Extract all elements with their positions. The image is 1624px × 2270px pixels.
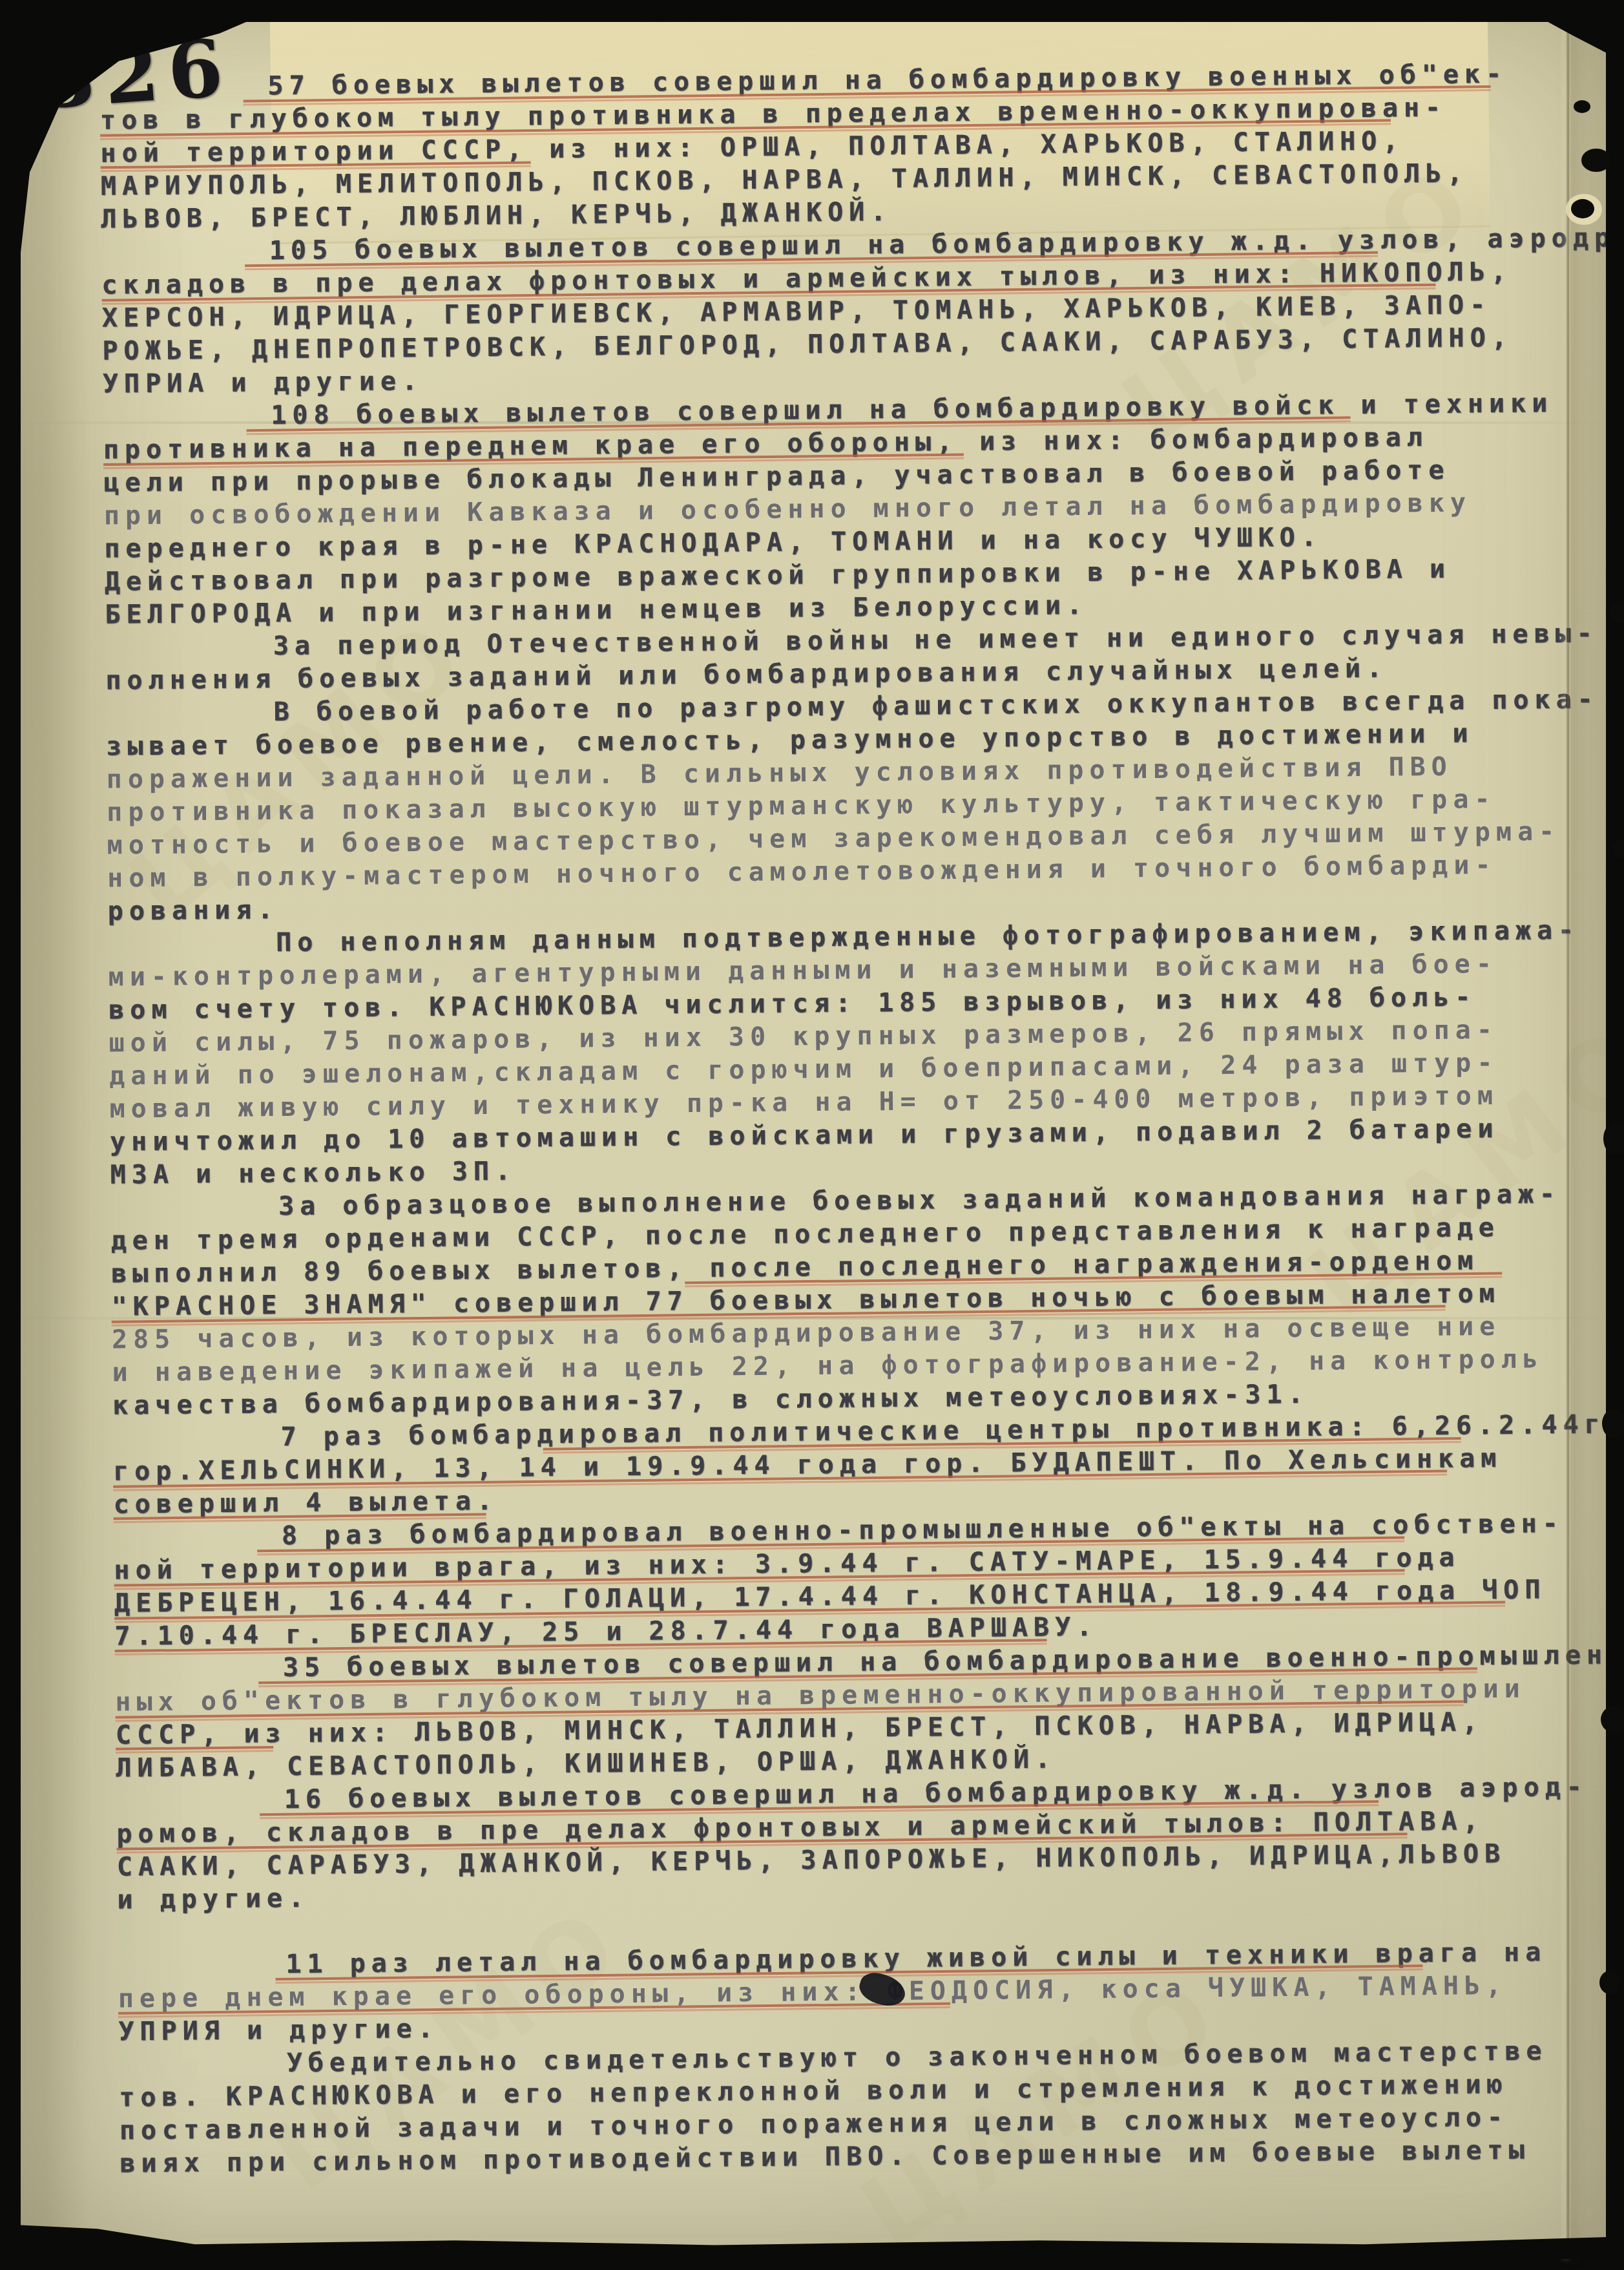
typed-line-text: ЛЬВОВ, БРЕСТ, ЛЮБЛИН, КЕРЧЬ, ДЖАНКОЙ. — [101, 197, 891, 235]
scan-edge-bottom — [0, 2253, 1624, 2259]
punch-hole — [1581, 149, 1611, 172]
scan-background: ЦАМО ЦАМО ЦАМО ЦАМО ЦАМО 57 боевых вылет… — [0, 0, 1624, 2259]
typed-line-text: УПРИЯ и другие. — [118, 2014, 439, 2047]
scan-edge-left — [0, 0, 21, 2259]
punch-hole — [1571, 199, 1594, 218]
punch-hole — [1599, 1971, 1620, 1994]
typed-line-text: МЗА и несколько ЗП. — [110, 1157, 516, 1190]
typed-line-text: рования. — [107, 895, 278, 927]
punch-hole — [1603, 1122, 1624, 1155]
typed-line-text: УПРИА и другие. — [103, 366, 424, 399]
typed-text: 57 боевых вылетов совершил на бомбардиро… — [99, 58, 1554, 2180]
fold-line — [1566, 0, 1570, 2259]
punch-hole — [1612, 840, 1624, 858]
punch-hole — [1601, 1706, 1624, 1733]
punch-hole — [1602, 1409, 1624, 1438]
punch-hole — [1610, 602, 1624, 623]
punch-hole — [1574, 100, 1590, 113]
typed-line-text: и другие. — [117, 1884, 309, 1915]
fold-shadow — [1570, 0, 1609, 2259]
